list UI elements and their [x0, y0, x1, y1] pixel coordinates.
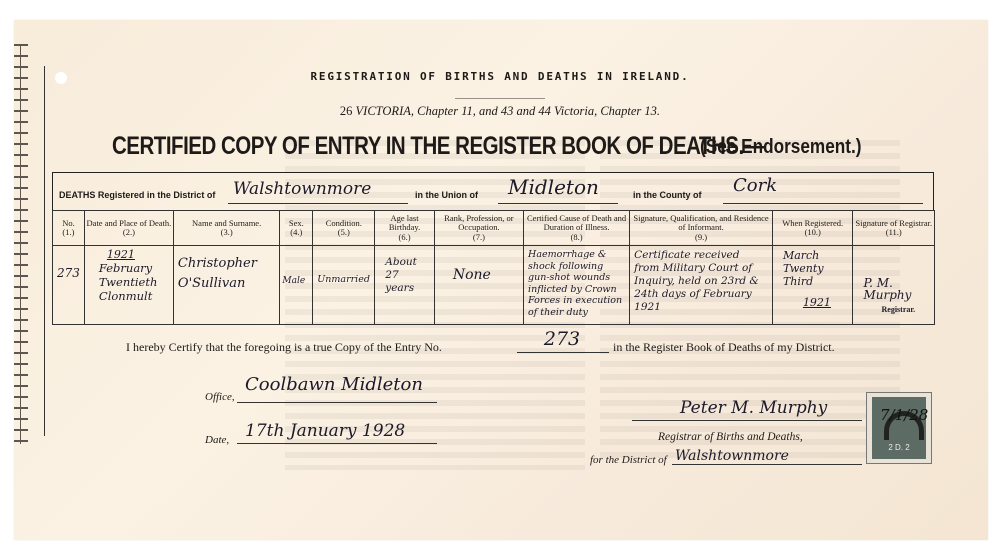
death-register-table: No.(1.) Date and Place of Death.(2.) Nam… [52, 210, 935, 325]
certify-text-end: in the Register Book of Deaths of my Dis… [613, 340, 835, 355]
entry-age: About 27 years [375, 246, 435, 325]
district-value: Walshtownmore [233, 179, 371, 199]
registrar-label: Registrar. [881, 304, 915, 316]
column-header: Sex.(4.) [280, 211, 313, 246]
table-header-row: No.(1.) Date and Place of Death.(2.) Nam… [53, 211, 935, 246]
union-value: Midleton [508, 175, 599, 199]
entry-when-registered: March Twenty Third 1921 [772, 246, 853, 325]
entry-occupation: None [434, 246, 523, 325]
revenue-stamp: 7/1/28 2 D. 2 [866, 392, 932, 464]
certified-entry-number: 273 [517, 328, 607, 350]
column-header: No.(1.) [53, 211, 85, 246]
registrar-title: Registrar of Births and Deaths, [658, 431, 803, 443]
column-header: When Registered.(10.) [772, 211, 853, 246]
district-label: DEATHS Registered in the District of [59, 190, 215, 200]
column-header: Rank, Profession, or Occupation.(7.) [434, 211, 523, 246]
signature-underline [632, 420, 862, 421]
column-header: Signature of Registrar.(11.) [853, 211, 935, 246]
entry-number-underline [517, 352, 609, 353]
office-underline [237, 402, 437, 403]
office-value: Coolbawn Midleton [245, 374, 423, 395]
column-header: Signature, Qualification, and Residence … [630, 211, 773, 246]
registrar-signature: P. M. Murphy [853, 246, 934, 304]
entry-condition: Unmarried [313, 246, 375, 325]
district-footer-underline [672, 464, 862, 465]
union-label: in the Union of [415, 190, 478, 200]
act-text: VICTORIA, Chapter 11, and 43 and 44 Vict… [356, 104, 661, 118]
district-band: DEATHS Registered in the District of Wal… [52, 172, 934, 211]
column-header: Condition.(5.) [313, 211, 375, 246]
date-underline [237, 443, 437, 444]
county-label: in the County of [633, 190, 702, 200]
column-header: Date and Place of Death.(2.) [84, 211, 173, 246]
column-header: Certified Cause of Death and Duration of… [524, 211, 630, 246]
entry-cause: Haemorrhage & shock following gun-shot w… [524, 246, 630, 325]
county-underline [723, 203, 923, 204]
endorsement-note: (See Endorsement.) [700, 136, 862, 159]
office-label: Office, [205, 391, 235, 403]
district-footer-value: Walshtownmore [675, 448, 789, 464]
entry-number: 273 [53, 246, 85, 325]
district-underline [228, 203, 408, 204]
entry-informant: Certificate received from Military Court… [630, 246, 773, 325]
certify-text: I hereby Certify that the foregoing is a… [126, 340, 442, 355]
date-label: Date, [205, 434, 229, 446]
act-prefix: 26 [340, 104, 353, 118]
column-header: Name and Surname.(3.) [173, 211, 279, 246]
union-underline [498, 203, 618, 204]
entry-name: Christopher O'Sullivan [173, 246, 279, 325]
entry-sex: Male [280, 246, 313, 325]
registrar-signature: Peter M. Murphy [680, 398, 827, 418]
title-divider [455, 98, 545, 99]
registration-title: REGISTRATION OF BIRTHS AND DEATHS IN IRE… [0, 70, 1000, 83]
date-value: 17th January 1928 [245, 421, 405, 441]
entry-registrar-signature: P. M. Murphy Registrar. [853, 246, 935, 325]
county-value: Cork [733, 175, 777, 196]
stamp-value: 2 D. 2 [872, 443, 926, 452]
margin-rule [44, 66, 45, 436]
district-footer-label: for the District of [590, 454, 667, 466]
table-row: 273 1921 February Twentieth Clonmult Chr… [53, 246, 935, 325]
stamp-cancel-mark: 7/1/28 [880, 407, 928, 423]
column-header: Age last Birthday.(6.) [375, 211, 435, 246]
stamp-image: 7/1/28 2 D. 2 [872, 397, 926, 459]
page-title: CERTIFIED COPY OF ENTRY IN THE REGISTER … [112, 132, 764, 161]
act-reference: 26 VICTORIA, Chapter 11, and 43 and 44 V… [0, 104, 1000, 119]
entry-date-place: 1921 February Twentieth Clonmult [84, 246, 173, 325]
